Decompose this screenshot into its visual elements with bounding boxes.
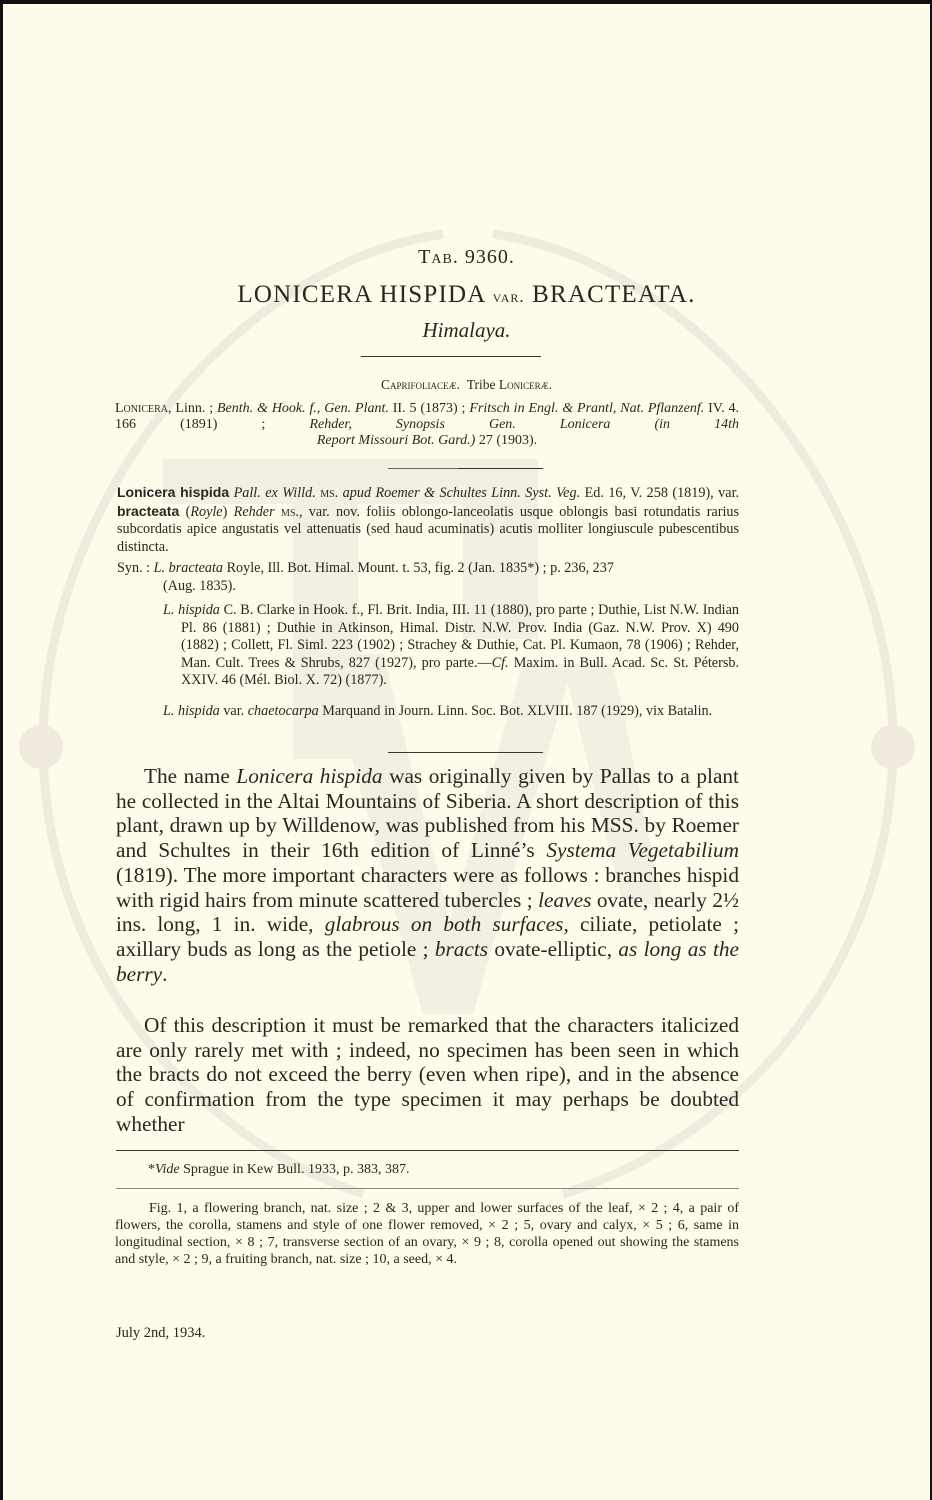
synonym-3: L. hispida var. chaetocarpa Marquand in … [163, 703, 739, 721]
body-paragraph-1: The name Lonicera hispida was originally… [116, 764, 739, 986]
tab-prefix: Tab. [418, 246, 459, 268]
footnote-text: Sprague in Kew Bull. 1933, p. 383, 387. [180, 1162, 410, 1177]
citation-text: Report Missouri Bot. Gard.) [317, 433, 476, 448]
synonym-2: L. hispida C. B. Clarke in Hook. f., Fl.… [163, 602, 739, 690]
vide: Vide [155, 1162, 180, 1177]
plate-number: Tab. 9360. [3, 246, 930, 269]
italic-run: glabrous on both surfaces [325, 912, 564, 936]
divider [361, 356, 541, 357]
variety-authority: Rehder [234, 504, 275, 520]
italic-run: bracts [435, 937, 488, 961]
divider [388, 752, 543, 753]
footnote-rule [116, 1150, 739, 1151]
paragraph-text: Of this description it must be remarked … [116, 1013, 739, 1136]
family-tribe: Caprifoliaceæ. Tribe Loniceræ. [3, 377, 930, 393]
citation-text: Rehder, Synopsis Gen. Lonicera (in 14th [309, 417, 739, 432]
tribe-label: Tribe [467, 377, 496, 392]
italic-run: Systema Vegetabilium [546, 838, 739, 862]
figure-caption: Fig. 1, a flowering branch, nat. size ; … [115, 1200, 739, 1268]
species-citation: Ed. 16, V. 258 (1819), var. [585, 485, 739, 501]
synonym-citation: Royle, Ill. Bot. Himal. Mount. t. 53, fi… [223, 560, 614, 576]
citation-text: , Linn. ; [168, 401, 217, 416]
ms-abbrev: ms. [281, 504, 299, 520]
genus-citation: Lonicera, Linn. ; Benth. & Hook. f., Gen… [115, 401, 739, 449]
publication-date: July 2nd, 1934. [116, 1325, 205, 1342]
footnote: *Vide Sprague in Kew Bull. 1933, p. 383,… [148, 1162, 409, 1178]
variety-name: chaetocarpa [248, 703, 319, 719]
paren: ) [223, 504, 228, 520]
document-page: Tab. 9360. LONICERA HISPIDA var. BRACTEA… [3, 4, 930, 1500]
synonym-name: L. bracteata [154, 560, 223, 576]
apud-citation: apud Roemer & Schultes Linn. Syst. Veg. [343, 485, 580, 501]
species-description: Lonicera hispida Pall. ex Willd. ms. apu… [117, 484, 739, 556]
title-var: var. [493, 287, 525, 306]
document-content: Tab. 9360. LONICERA HISPIDA var. BRACTEA… [3, 4, 930, 1500]
tribe-name: Loniceræ. [499, 377, 552, 392]
synonym-name: L. hispida [163, 703, 220, 719]
locality: Himalaya. [3, 318, 930, 343]
species-authority: Pall. ex Willd. [234, 485, 316, 501]
variety-name: bracteata [117, 503, 179, 519]
citation-text: Fritsch in Engl. & Prantl, Nat. Pflanzen… [469, 401, 704, 416]
title-genus-species: LONICERA HISPIDA [237, 281, 485, 308]
divider [388, 468, 458, 469]
syn-prefix: Syn. : [117, 560, 154, 576]
synonym-citation: (Aug. 1835). [117, 578, 739, 596]
citation-text: Benth. & Hook. f., Gen. Plant. [217, 401, 389, 416]
species-name: Lonicera hispida [117, 484, 229, 500]
ms-abbrev: ms. [320, 485, 338, 501]
family-name: Caprifoliaceæ. [381, 377, 460, 392]
citation-text: 27 (1903). [475, 433, 537, 448]
caption-rule [116, 1188, 739, 1189]
variety-authority: Royle [190, 504, 222, 520]
citation-text: II. 5 (1873) ; [389, 401, 469, 416]
text-run: The name [144, 764, 236, 788]
page-title: LONICERA HISPIDA var. BRACTEATA. [3, 281, 930, 309]
italic-run: Lonicera hispida [236, 764, 382, 788]
italic-run: leaves [538, 888, 591, 912]
body-paragraph-2: Of this description it must be remarked … [116, 1013, 739, 1137]
synonym-1: Syn. : L. bracteata Royle, Ill. Bot. Him… [117, 560, 739, 595]
synonym-citation: Marquand in Journ. Linn. Soc. Bot. XLVII… [319, 703, 713, 719]
footnote-marker: * [148, 1162, 155, 1177]
text-run: . [162, 962, 167, 986]
title-variety: BRACTEATA. [532, 281, 695, 308]
tab-number: 9360. [465, 246, 515, 268]
text-run: ovate-elliptic, [488, 937, 618, 961]
divider [458, 468, 543, 469]
synonym-name: L. hispida [163, 602, 220, 618]
var-label: var. [220, 703, 248, 719]
cf-abbrev: Cf. [492, 655, 509, 671]
genus-name: Lonicera [115, 401, 168, 416]
